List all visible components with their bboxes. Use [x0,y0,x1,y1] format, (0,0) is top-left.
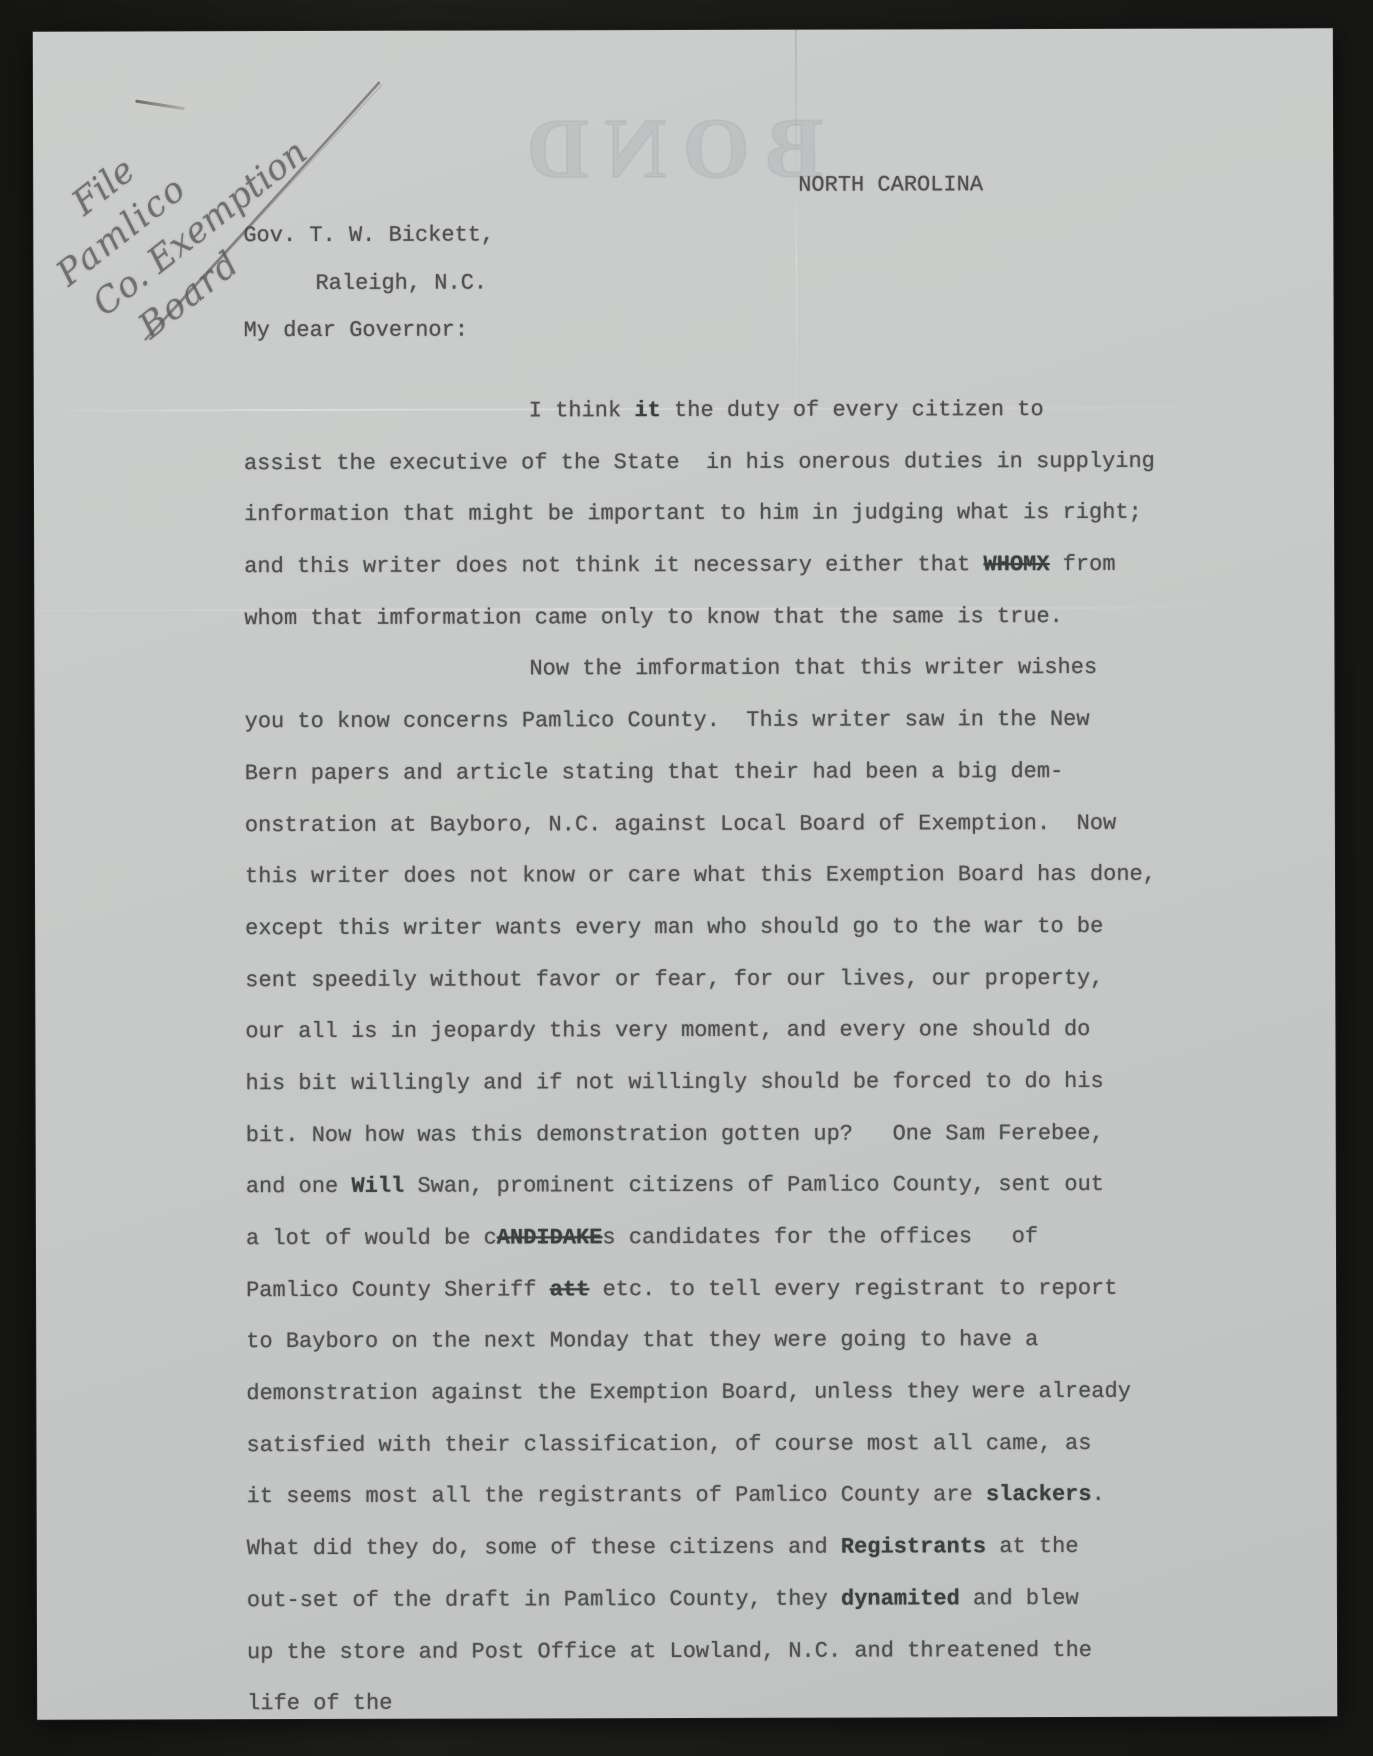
typed-line: you to know concerns Pamlico County. Thi… [245,694,1305,748]
overstruck-text: WHOMX [983,552,1049,577]
typed-line: and this writer does not think it necess… [244,538,1304,592]
recipient-city: Raleigh, N.C. [315,271,487,296]
typed-text: dynamited [841,1586,960,1611]
typed-text: and this writer does not think it necess… [244,552,983,579]
salutation: My dear Governor: [244,318,469,344]
overstruck-text: att [550,1277,590,1302]
scan-background: BOND File Pamlico Co. Exemption Board NO… [0,0,1373,1756]
typed-text: Swan, prominent citizens of Pamlico Coun… [404,1172,1104,1199]
typed-line: demonstration against the Exemption Boar… [246,1365,1306,1419]
typed-text: the duty of every citizen to [661,397,1044,423]
typed-line: Now the imformation that this writer wis… [244,642,1304,696]
typed-text: slackers [986,1482,1092,1507]
typed-line: satisfied with their classification, of … [246,1417,1306,1471]
typed-line: a lot of would be cANDIDAKEs candidates … [246,1210,1306,1264]
typed-line: Pamlico County Sheriff att etc. to tell … [246,1262,1306,1316]
typed-text: Pamlico County Sheriff [246,1277,550,1303]
typed-text: you to know concerns Pamlico County. Thi… [245,707,1090,734]
typed-text: life of the [247,1691,392,1716]
typed-text: to Bayboro on the next Monday that they … [246,1327,1038,1354]
typed-text: this writer does not know or care what t… [245,862,1156,889]
typed-line: up the store and Post Office at Lowland,… [247,1624,1307,1678]
typed-text: Registrants [841,1534,986,1559]
typed-line: to Bayboro on the next Monday that they … [246,1314,1306,1368]
typed-line: bit. Now how was this demonstration gott… [246,1107,1306,1161]
typed-text: information that might be important to h… [244,500,1142,527]
typed-line: except this writer wants every man who s… [245,900,1305,954]
typed-text: Bern papers and article stating that the… [245,759,1064,786]
typed-line: his bit willingly and if not willingly s… [245,1055,1305,1109]
typed-text: satisfied with their classification, of … [246,1431,1091,1458]
typed-text: whom that imformation came only to know … [244,604,1063,631]
typed-text: Will [351,1174,404,1199]
typed-line: What did they do, some of these citizens… [247,1520,1307,1574]
typed-line: life of the [247,1676,1307,1730]
typed-line: I think it the duty of every citizen to [244,383,1304,437]
letterhead-state: NORTH CAROLINA [798,172,983,197]
letter-body: I think it the duty of every citizen toa… [244,383,1308,1730]
typed-text: our all is in jeopardy this very moment,… [245,1017,1090,1044]
typed-text: s candidates for the offices of [602,1224,1038,1250]
typed-text: except this writer wants every man who s… [245,914,1103,941]
typed-text: onstration at Bayboro, N.C. against Loca… [245,810,1116,837]
typed-line: our all is in jeopardy this very moment,… [245,1004,1305,1058]
typed-line: and one Will Swan, prominent citizens of… [246,1159,1306,1213]
typed-text: etc. to tell every registrant to report [589,1276,1117,1302]
typed-text: from [1050,552,1116,577]
typed-line: assist the executive of the State in his… [244,435,1304,489]
typed-text: at the [986,1534,1078,1559]
typed-text: out-set of the draft in Pamlico County, … [247,1586,841,1613]
typed-text: demonstration against the Exemption Boar… [246,1379,1131,1406]
typed-text: I think [529,398,635,423]
typed-line: it seems most all the registrants of Pam… [247,1469,1307,1523]
typed-line: this writer does not know or care what t… [245,849,1305,903]
letter-page: BOND File Pamlico Co. Exemption Board NO… [33,28,1337,1719]
typed-text: sent speedily without favor or fear, for… [245,965,1103,992]
typed-line: information that might be important to h… [244,487,1304,541]
typed-line: sent speedily without favor or fear, for… [245,952,1305,1006]
typed-text: . [1092,1482,1105,1507]
typed-text: Now the imformation that this writer wis… [529,655,1097,681]
typed-text: bit. Now how was this demonstration gott… [246,1121,1104,1148]
typed-text: it [634,398,660,423]
typed-text: a lot of would be c [246,1225,497,1251]
typed-text: up the store and Post Office at Lowland,… [247,1637,1092,1664]
typed-line: whom that imformation came only to know … [244,590,1304,644]
typed-text: it seems most all the registrants of Pam… [247,1483,986,1510]
typed-line: onstration at Bayboro, N.C. against Loca… [245,797,1305,851]
typed-text: and one [246,1174,352,1199]
bond-watermark: BOND [463,98,823,199]
typed-text: and blew [960,1586,1079,1611]
recipient-name: Gov. T. W. Bickett, [243,222,494,248]
overstruck-text: ANDIDAKE [497,1225,603,1250]
typed-text: assist the executive of the State in his… [244,448,1155,475]
typed-text: What did they do, some of these citizens… [247,1535,841,1562]
typed-text: his bit willingly and if not willingly s… [246,1069,1104,1096]
typed-line: out-set of the draft in Pamlico County, … [247,1572,1307,1626]
typed-line: Bern papers and article stating that the… [245,745,1305,799]
